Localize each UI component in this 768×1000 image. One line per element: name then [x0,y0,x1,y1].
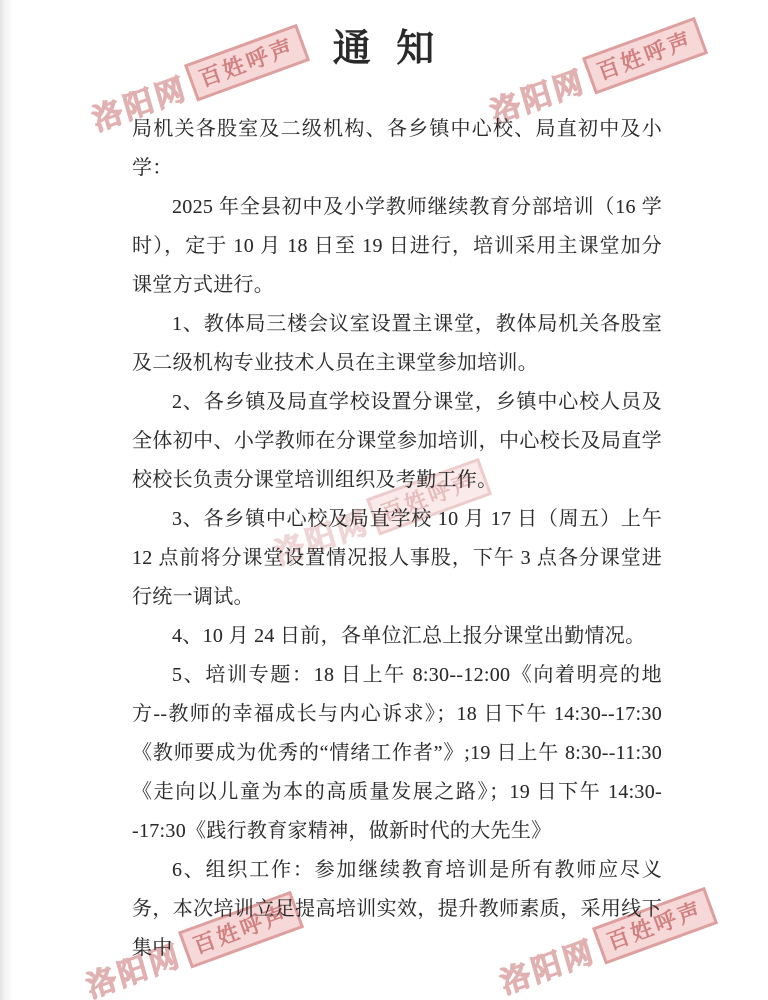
notice-salutation: 局机关各股室及二级机构、各乡镇中心校、局直初中及小学： [132,110,662,188]
notice-paragraph: 5、培训专题：18 日上午 8:30--12:00《向着明亮的地方--教师的幸福… [132,656,662,851]
notice-document: 通 知 局机关各股室及二级机构、各乡镇中心校、局直初中及小学： 2025 年全县… [0,0,768,1000]
notice-paragraph: 4、10 月 24 日前，各单位汇总上报分课堂出勤情况。 [132,617,662,656]
notice-paragraph: 3、各乡镇中心校及局直学校 10 月 17 日（周五）上午 12 点前将分课堂设… [132,500,662,617]
notice-paragraph: 6、组织工作：参加继续教育培训是所有教师应尽义务，本次培训立足提高培训实效，提升… [132,851,662,968]
notice-paragraph: 2、各乡镇及局直学校设置分课堂，乡镇中心校人员及全体初中、小学教师在分课堂参加培… [132,383,662,500]
notice-body: 局机关各股室及二级机构、各乡镇中心校、局直初中及小学： 2025 年全县初中及小… [0,110,768,968]
notice-paragraph: 1、教体局三楼会议室设置主课堂，教体局机关各股室及二级机构专业技术人员在主课堂参… [132,305,662,383]
notice-title: 通 知 [0,26,768,72]
notice-paragraph: 2025 年全县初中及小学教师继续教育分部培训（16 学时），定于 10 月 1… [132,188,662,305]
